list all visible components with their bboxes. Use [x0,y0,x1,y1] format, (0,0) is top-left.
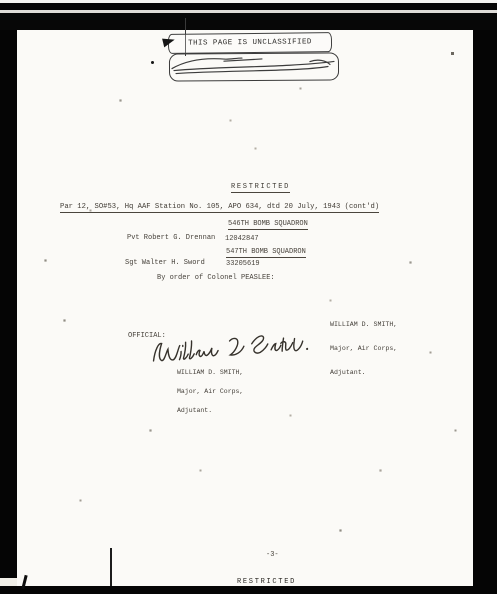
unclassified-stamp-text: THIS PAGE IS UNCLASSIFIED [188,38,312,47]
scanned-document: THIS PAGE IS UNCLASSIFIED RESTRICTED Par… [0,0,497,594]
by-order-line: By order of Colonel PEASLEE: [157,274,275,282]
ink-dot [151,61,154,64]
order-reference-line: Par 12, SO#53, Hq AAF Station No. 105, A… [60,203,379,213]
adjutant-signature-block: WILLIAM D. SMITH, Major, Air Corps, Adju… [330,305,397,393]
classification-header: RESTRICTED [231,183,290,193]
squadron-heading: 547TH BOMB SQUADRON [226,248,306,258]
document-page [17,30,473,586]
classification-footer: RESTRICTED [237,578,296,586]
redaction-box [169,52,339,81]
assignee-serial: 33205619 [226,260,260,268]
scribble-strokes [166,49,342,84]
page-number: -3- [266,551,279,559]
assignee-name: Sgt Walter H. Sword [125,259,205,267]
assignee-name: Pvt Robert G. Drennan [127,234,215,242]
official-title: Adjutant. [177,408,243,414]
scan-artifact-line [110,548,112,587]
official-typed-block: WILLIAM D. SMITH, Major, Air Corps, Adju… [177,357,243,427]
scan-noise [0,0,1,1]
squadron-heading: 546TH BOMB SQUADRON [228,220,308,230]
official-rank: Major, Air Corps, [177,389,243,395]
scan-edge-strip [0,3,497,10]
scan-edge-bar [0,586,497,594]
assignee-serial: 12042847 [225,235,259,243]
adjutant-rank: Major, Air Corps, [330,345,397,353]
scan-edge-strip [0,13,497,30]
official-name: WILLIAM D. SMITH, [177,370,243,376]
adjutant-name: WILLIAM D. SMITH, [330,321,397,329]
scan-edge-notch [0,578,17,586]
adjutant-title: Adjutant. [330,369,397,377]
